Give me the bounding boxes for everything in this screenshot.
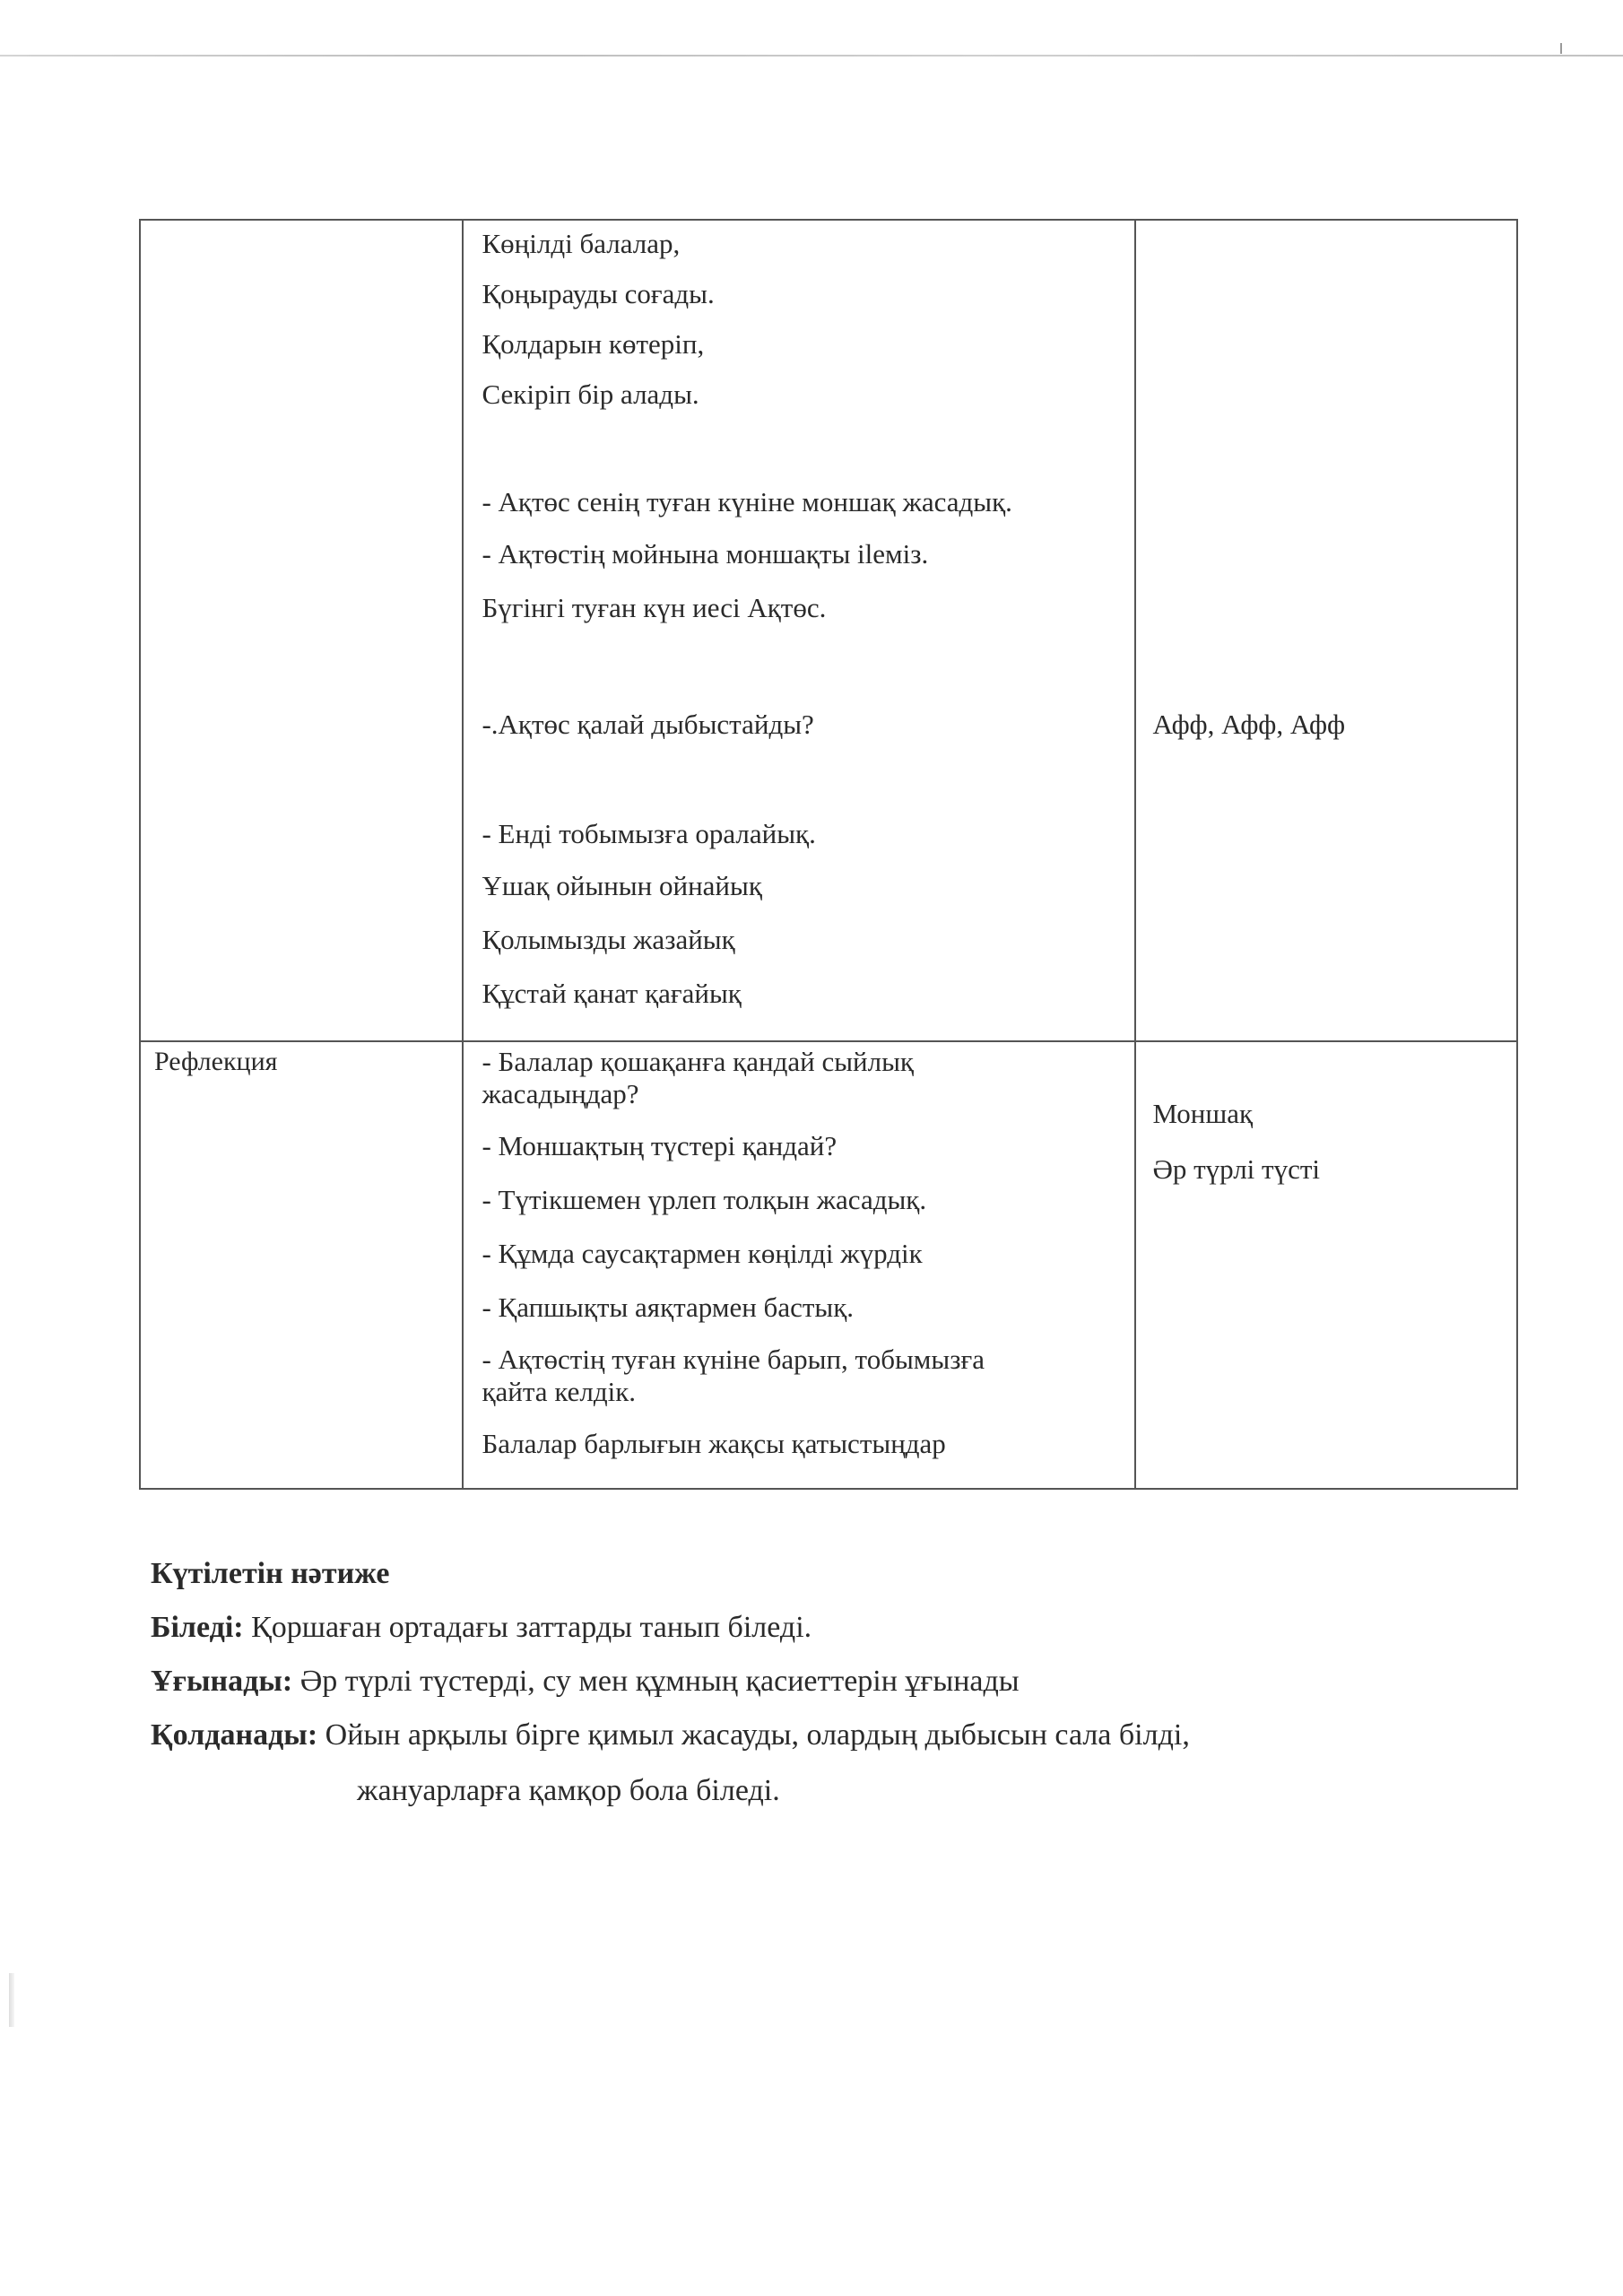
activity-line: Секіріп бір алады. (482, 378, 699, 411)
table-row: Көңілді балалар, Қоңырауды соғады. Қолда… (140, 220, 1517, 1041)
outcome-label: Қолданады: (151, 1718, 317, 1752)
activity-line: - Құмда саусақтармен көңілді жүрдік (482, 1238, 922, 1270)
activity-line: - Моншақтың түстері қандай? (482, 1130, 837, 1162)
outcome-label: Ұғынады: (151, 1665, 292, 1698)
stage-cell (140, 220, 463, 1041)
activity-line: - Ақтөстің мойнына моншақты іleміз. (482, 538, 928, 570)
activity-line: - Енді тобымызға оралайық. (482, 818, 815, 850)
scan-artifact-line (0, 55, 1623, 57)
activity-line: Қолдарын көтеріп, (482, 328, 704, 361)
outcome-knows: Біледі: Қоршаған ортадағы заттарды танып… (151, 1610, 811, 1646)
activity-line: - Ақтөс сенің туған күніне моншақ жасады… (482, 486, 1011, 518)
activity-line: Бүгінгі туған күн иесі Ақтөс. (482, 592, 826, 624)
table-row: Рефлекция - Балалар қошақанға қандай сый… (140, 1041, 1517, 1489)
outcome-applies-continuation: жануарларға қамқор бола біледі. (357, 1773, 780, 1809)
outcome-applies: Қолданады: Ойын арқылы бірге қимыл жасау… (151, 1718, 1190, 1753)
activity-line: Қоңырауды соғады. (482, 278, 714, 310)
activity-line: Көңілді балалар, (482, 228, 680, 260)
outcome-text: Әр түрлі түстерді, су мен құмның қасиетт… (292, 1665, 1019, 1698)
activity-line: жасадыңдар? (482, 1078, 638, 1110)
response-cell: Моншақ Әр түрлі түсті (1135, 1041, 1517, 1489)
activity-line: - Қапшықты аяқтармен бастық. (482, 1291, 854, 1324)
scan-artifact-mark (1560, 43, 1562, 54)
activity-line: - Ақтөстің туған күніне барып, тобымызға (482, 1344, 985, 1376)
activity-line: Қолымызды жазайық (482, 924, 734, 956)
scan-artifact-edge (9, 1973, 14, 2027)
activity-line: Ұшақ ойынын ойнайық (482, 870, 761, 902)
response-line: Афф, Афф, Афф (1152, 709, 1345, 741)
activity-cell: - Балалар қошақанға қандай сыйлық жасады… (463, 1041, 1135, 1489)
stage-label: Рефлекция (154, 1046, 277, 1078)
activity-line: - Түтікшемен үрлеп толқын жасадық. (482, 1184, 926, 1216)
outcome-label: Біледі: (151, 1611, 244, 1644)
activity-line: Балалар барлығын жақсы қатыстыңдар (482, 1428, 945, 1460)
outcome-text: Қоршаған ортадағы заттарды танып біледі. (244, 1611, 812, 1644)
activity-line: - Балалар қошақанға қандай сыйлық (482, 1046, 914, 1078)
response-line: Моншақ (1152, 1098, 1253, 1130)
outcome-text: Ойын арқылы бірге қимыл жасауды, олардың… (317, 1718, 1190, 1752)
outcome-heading: Күтілетін нәтиже (151, 1556, 389, 1592)
activity-cell: Көңілді балалар, Қоңырауды соғады. Қолда… (463, 220, 1135, 1041)
activity-line: Құстай қанат қағайық (482, 978, 741, 1010)
response-cell: Афф, Афф, Афф (1135, 220, 1517, 1041)
stage-cell: Рефлекция (140, 1041, 463, 1489)
lesson-plan-table: Көңілді балалар, Қоңырауды соғады. Қолда… (139, 219, 1518, 1490)
outcome-understands: Ұғынады: Әр түрлі түстерді, су мен құмны… (151, 1664, 1020, 1700)
activity-line: -.Ақтөс қалай дыбыстайды? (482, 709, 813, 741)
response-line: Әр түрлі түсті (1152, 1153, 1320, 1186)
activity-line: қайта келдік. (482, 1376, 636, 1408)
